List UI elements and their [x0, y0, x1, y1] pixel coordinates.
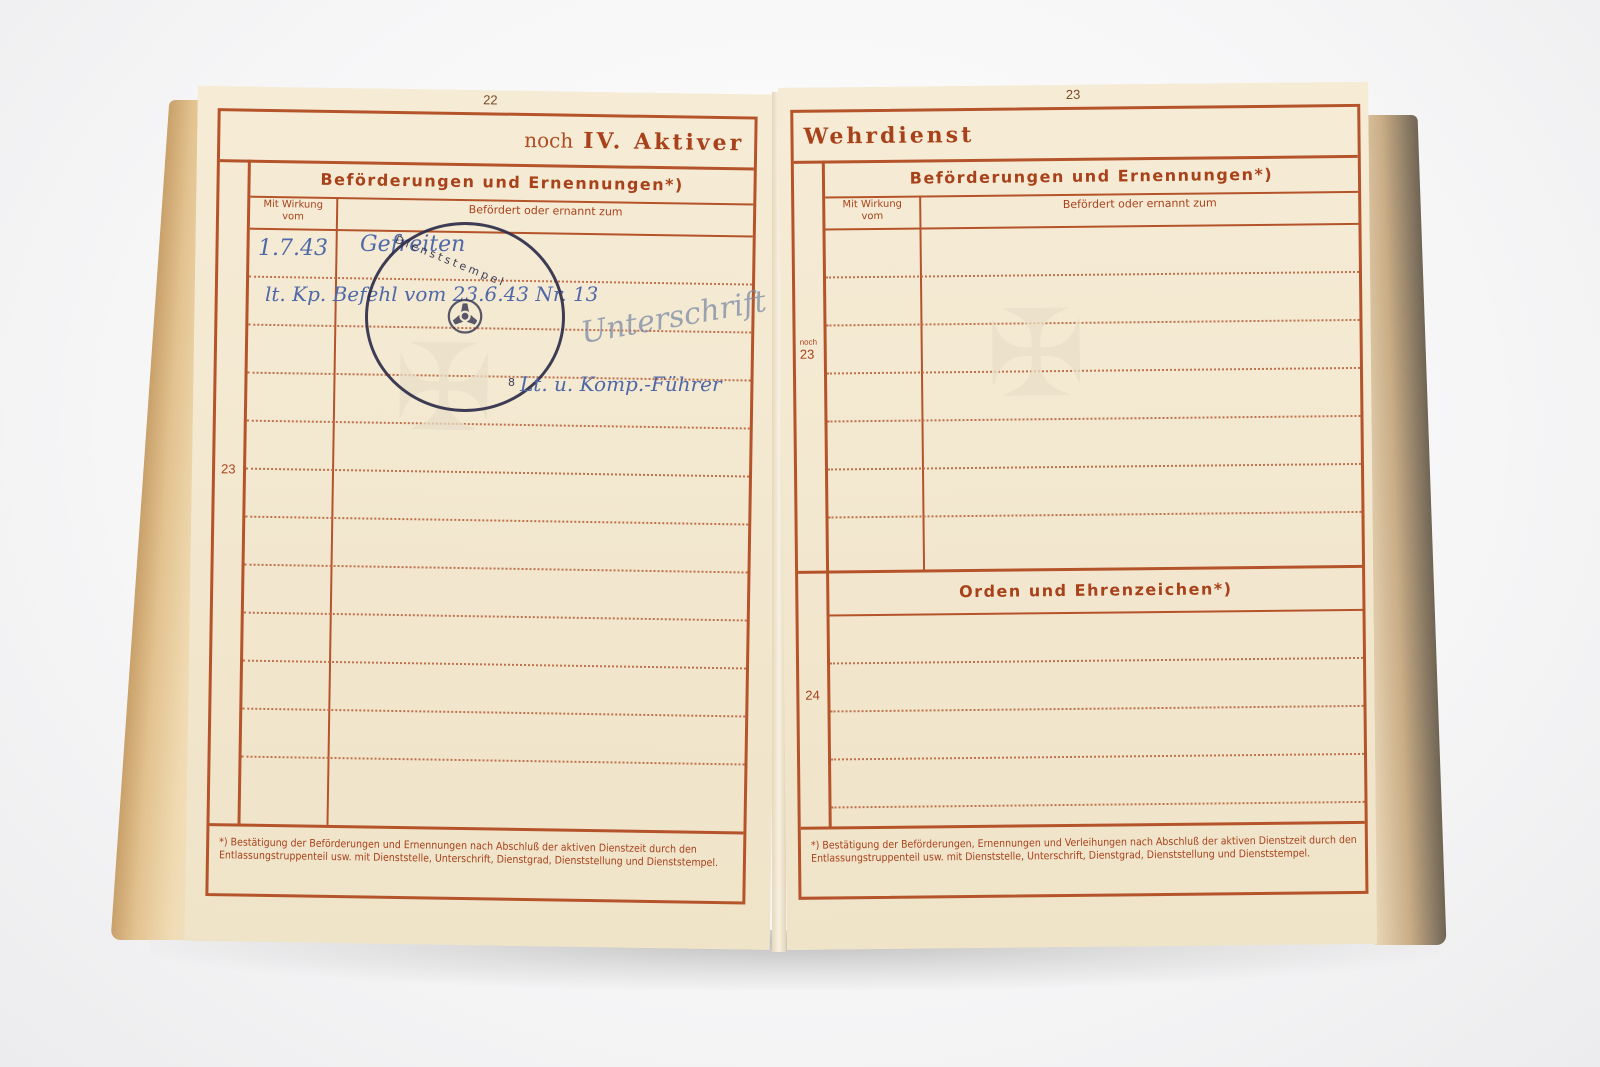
page-title: IV. Aktiver — [583, 128, 744, 157]
table-row — [826, 273, 1359, 327]
stamp-text: Dienststempel — [393, 233, 508, 290]
title-prefix: noch — [524, 128, 573, 153]
table-row — [244, 566, 748, 622]
column-header-date-line2: vom — [861, 211, 883, 222]
eagle-watermark-icon: ✠ — [985, 285, 1087, 425]
table-row — [830, 659, 1363, 713]
column-header-rank: Befördert oder ernannt zum — [338, 197, 753, 236]
side-number-continued: noch 23 — [800, 338, 818, 362]
stamp-number: 8 — [508, 376, 518, 389]
side-number: 24 — [805, 688, 820, 703]
left-page: 22 noch IV. Aktiver Beförderungen und Er… — [185, 86, 783, 950]
column-header-date-line2: vom — [282, 211, 304, 222]
eagle-stamp-icon: ✇ — [446, 290, 485, 344]
column-header-date: Mit Wirkung vom — [250, 196, 338, 229]
right-form-frame: Wehrdienst Beförderungen und Ernennungen… — [790, 104, 1368, 900]
table-row — [242, 662, 746, 718]
table-row — [825, 225, 1358, 279]
table-row — [827, 321, 1360, 375]
table-row — [827, 369, 1360, 423]
footnote: *) Bestätigung der Beförderungen, Ernenn… — [801, 821, 1366, 897]
entry-date: 1.7.43 — [258, 236, 328, 261]
footnote: *) Bestätigung der Beförderungen und Ern… — [208, 823, 743, 901]
table-row — [242, 710, 746, 766]
entry-rows — [825, 225, 1361, 567]
table-row — [245, 518, 749, 574]
awards-table: Orden und Ehrenzeichen*) — [826, 565, 1365, 827]
table-row — [828, 417, 1361, 471]
table-row — [241, 758, 745, 814]
side-note-noch: noch — [800, 338, 817, 347]
table-row — [829, 513, 1362, 567]
table-row — [243, 614, 747, 670]
side-number: 23 — [800, 347, 815, 362]
side-number: 23 — [221, 461, 236, 476]
column-header: Mit Wirkung vom Befördert oder ernannt z… — [825, 191, 1358, 231]
right-page: 23 Wehrdienst Beförderungen und Ernennun… — [778, 82, 1377, 950]
right-table: Beförderungen und Ernennungen*) Mit Wirk… — [822, 155, 1362, 571]
column-header-rank: Befördert oder ernannt zum — [921, 191, 1358, 228]
table-row — [245, 470, 749, 526]
column-header-date: Mit Wirkung vom — [825, 196, 921, 229]
column-header-date-line1: Mit Wirkung — [842, 199, 902, 211]
awards-rows — [830, 611, 1365, 857]
page-number: 23 — [778, 84, 1368, 105]
table-row — [246, 422, 750, 478]
column-header-date-line1: Mit Wirkung — [263, 199, 323, 211]
awards-heading: Orden und Ehrenzeichen*) — [829, 565, 1362, 617]
table-row — [831, 707, 1364, 761]
table-row — [830, 611, 1363, 665]
signature-title: Lt. u. Komp.-Führer — [520, 372, 722, 396]
table-row — [831, 755, 1364, 809]
table-row — [828, 465, 1361, 519]
page-title: Wehrdienst — [803, 122, 974, 150]
